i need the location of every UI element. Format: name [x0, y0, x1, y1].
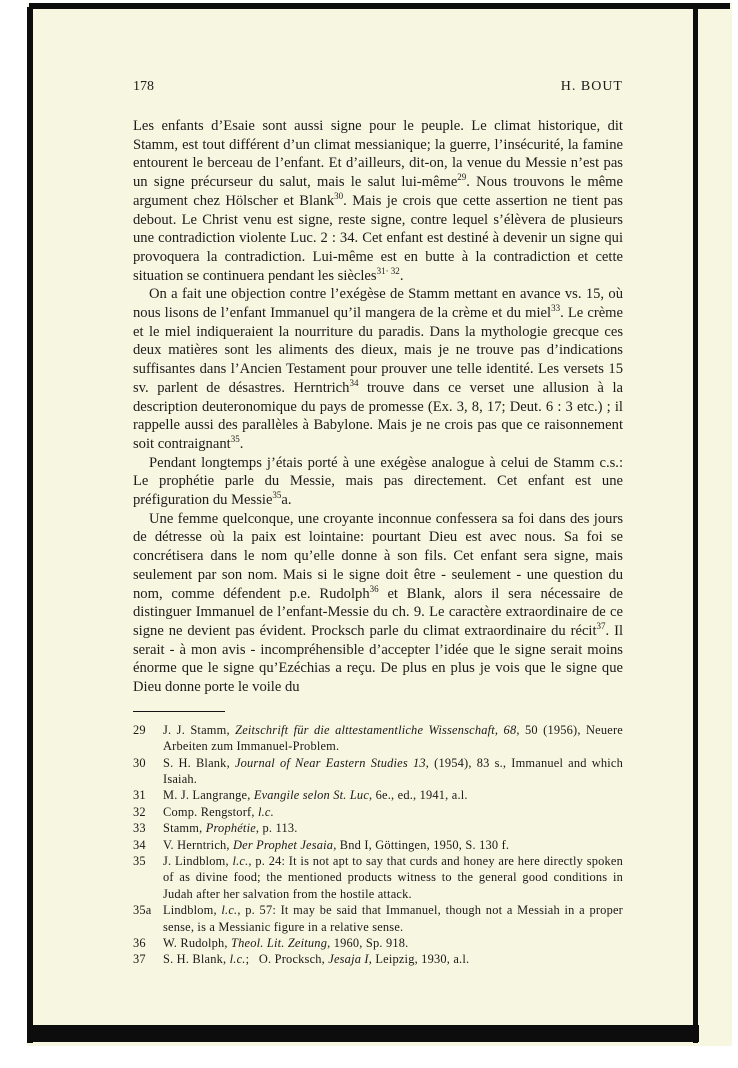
footnote: 32Comp. Rengstorf, l.c. [133, 804, 623, 820]
text-run: Prophétie [206, 821, 256, 835]
text-run: , 1960, Sp. 918. [327, 936, 408, 950]
footnote: 35aLindblom, l.c., p. 57: It may be said… [133, 902, 623, 935]
text-run: J. Lindblom, [163, 854, 232, 868]
footnote-ref: 35 [231, 434, 240, 444]
text-run: , 6e., ed., 1941, a.l. [369, 788, 468, 802]
footnote: 37S. H. Blank, l.c.; O. Procksch, Jesaja… [133, 951, 623, 967]
paragraph: On a fait une objection contre l’exégèse… [133, 285, 623, 453]
footnote: 31M. J. Langrange, Evangile selon St. Lu… [133, 787, 623, 803]
footnote-ref: 30 [334, 191, 343, 201]
body-paragraphs: Les enfants d’Esaie sont aussi signe pou… [133, 117, 623, 697]
scan-edge-top [29, 3, 730, 9]
paragraph: Les enfants d’Esaie sont aussi signe pou… [133, 117, 623, 285]
footnote-text: M. J. Langrange, Evangile selon St. Luc,… [163, 787, 623, 803]
footnote: 36W. Rudolph, Theol. Lit. Zeitung, 1960,… [133, 935, 623, 951]
text-run: Comp. Rengstorf, [163, 805, 258, 819]
footnote-number: 35 [133, 853, 163, 902]
footnote-text: J. J. Stamm, Zeitschrift für die alttest… [163, 722, 623, 755]
text-run: Der Prophet Jesaia [233, 838, 333, 852]
text-run: l.c. [258, 805, 274, 819]
page-number: 178 [133, 79, 154, 95]
footnote: 30S. H. Blank, Journal of Near Eastern S… [133, 755, 623, 788]
scan-edge-left [27, 7, 33, 1043]
footnotes-section: 29J. J. Stamm, Zeitschrift für die altte… [133, 722, 623, 968]
footnote: 35J. Lindblom, l.c., p. 24: It is not ap… [133, 853, 623, 902]
text-run: S. H. Blank, [163, 756, 235, 770]
text-run: Stamm, [163, 821, 206, 835]
footnote-number: 30 [133, 755, 163, 788]
footnote-number: 35a [133, 902, 163, 935]
footnote-text: Comp. Rengstorf, l.c. [163, 804, 623, 820]
footnote: 34V. Herntrich, Der Prophet Jesaia, Bnd … [133, 837, 623, 853]
text-run: , p. 113. [256, 821, 298, 835]
text-run: W. Rudolph, [163, 936, 231, 950]
text-run: S. H. Blank, [163, 952, 230, 966]
footnote-text: W. Rudolph, Theol. Lit. Zeitung, 1960, S… [163, 935, 623, 951]
text-run: Zeitschrift für die alttestamentliche Wi… [235, 723, 516, 737]
text-run: Evangile selon St. Luc [254, 788, 369, 802]
footnote-ref: 37 [597, 621, 606, 631]
footnote-rule [133, 711, 225, 712]
text-run: Jesaja I [328, 952, 368, 966]
footnote-number: 32 [133, 804, 163, 820]
page-header: 178 H. BOUT [133, 79, 623, 95]
footnote-text: S. H. Blank, Journal of Near Eastern Stu… [163, 755, 623, 788]
footnote-number: 36 [133, 935, 163, 951]
footnote: 33Stamm, Prophétie, p. 113. [133, 820, 623, 836]
page-content: 178 H. BOUT Les enfants d’Esaie sont aus… [133, 79, 623, 968]
text-run: , Leipzig, 1930, a.l. [369, 952, 470, 966]
text-run: Theol. Lit. Zeitung [231, 936, 327, 950]
running-head: H. BOUT [561, 79, 623, 95]
paragraph: Pendant longtemps j’étais porté à une ex… [133, 454, 623, 510]
scan-edge-right [693, 3, 698, 1043]
text-run: , Bnd I, Göttingen, 1950, S. 130 f. [333, 838, 509, 852]
text-run: a. [281, 492, 291, 508]
text-run: On a fait une objection contre l’exégèse… [133, 286, 623, 321]
footnote-number: 37 [133, 951, 163, 967]
footnote-number: 31 [133, 787, 163, 803]
scanned-page: 178 H. BOUT Les enfants d’Esaie sont aus… [27, 3, 732, 1046]
footnote-ref: 29 [457, 172, 466, 182]
text-run: Pendant longtemps j’étais porté à une ex… [133, 455, 623, 508]
text-run: l.c. [232, 854, 248, 868]
footnote-text: V. Herntrich, Der Prophet Jesaia, Bnd I,… [163, 837, 623, 853]
text-run: l.c. [221, 903, 237, 917]
text-run: ; O. Procksch, [246, 952, 329, 966]
footnote-ref: 36 [370, 584, 379, 594]
text-run: V. Herntrich, [163, 838, 233, 852]
footnote-text: S. H. Blank, l.c.; O. Procksch, Jesaja I… [163, 951, 623, 967]
text-run: l.c. [230, 952, 246, 966]
paragraph: Une femme quelconque, une croyante incon… [133, 510, 623, 697]
footnote-number: 34 [133, 837, 163, 853]
footnote-text: Lindblom, l.c., p. 57: It may be said th… [163, 902, 623, 935]
text-run: . [240, 436, 244, 452]
text-run: J. J. Stamm, [163, 723, 235, 737]
footnote: 29J. J. Stamm, Zeitschrift für die altte… [133, 722, 623, 755]
footnote-number: 33 [133, 820, 163, 836]
footnote-ref: 31· 32 [377, 266, 400, 276]
footnote-text: J. Lindblom, l.c., p. 24: It is not apt … [163, 853, 623, 902]
text-run: Journal of Near Eastern Studies 13 [235, 756, 426, 770]
footnote-number: 29 [133, 722, 163, 755]
footnote-text: Stamm, Prophétie, p. 113. [163, 820, 623, 836]
footnote-ref: 33 [551, 303, 560, 313]
text-run: M. J. Langrange, [163, 788, 254, 802]
text-run: . [400, 268, 404, 284]
scan-edge-bottom [30, 1025, 699, 1042]
text-run: Lindblom, [163, 903, 221, 917]
